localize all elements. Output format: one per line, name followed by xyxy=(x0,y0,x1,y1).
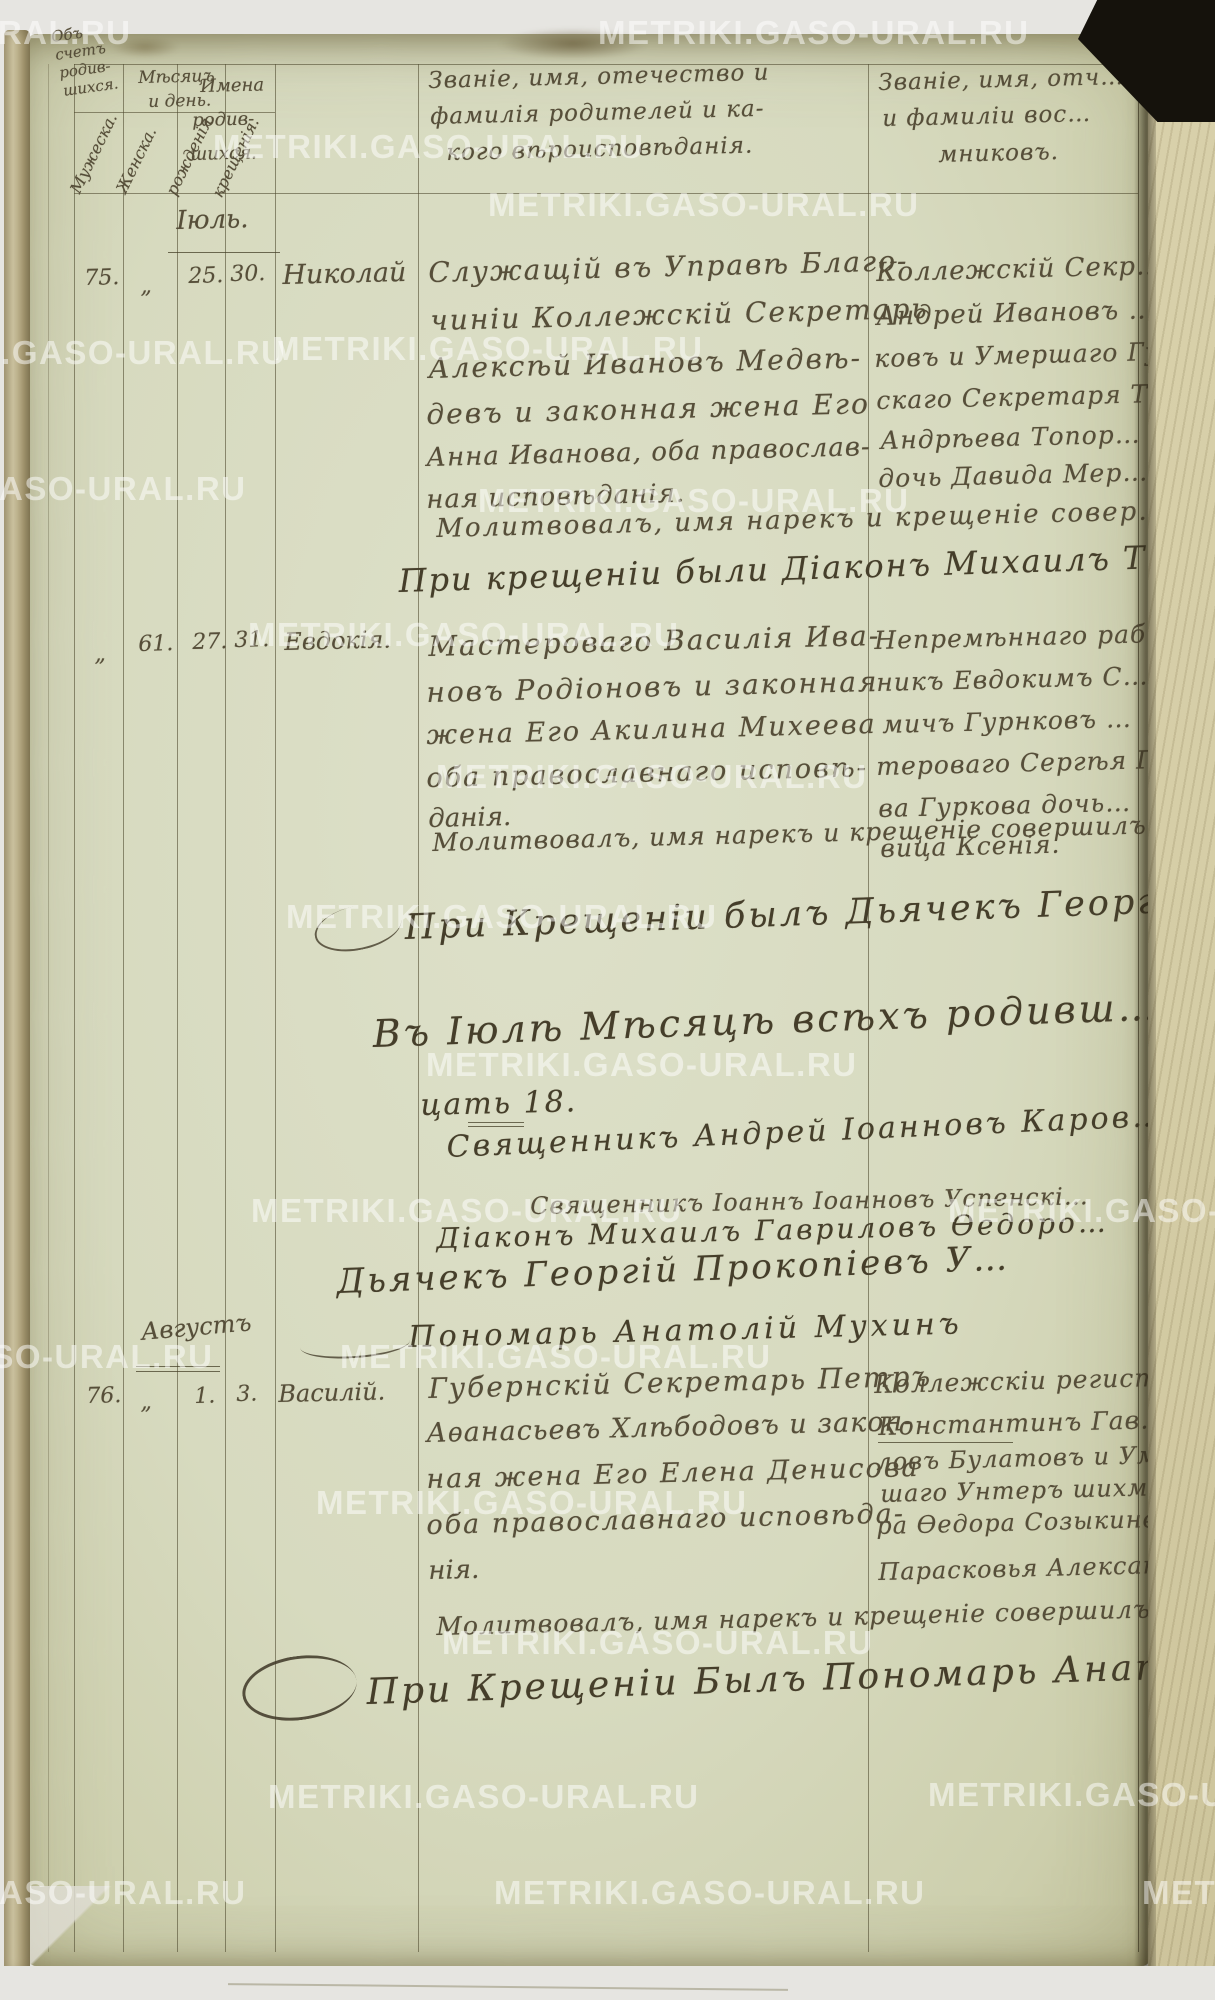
entry76-female-no: „ xyxy=(140,1390,152,1415)
ink-stain-top-left xyxy=(110,36,180,58)
table-background-bottom xyxy=(0,1966,1215,2000)
entry61-born-day: 27. xyxy=(192,629,228,655)
header-name-line-1: Имена xyxy=(200,74,264,97)
margin-rule xyxy=(48,64,49,1952)
ink-stain-top xyxy=(498,28,648,60)
entry61-male-no: „ xyxy=(94,642,106,667)
entry61-godparents-line-3: мичъ Гурнковъ … xyxy=(882,704,1132,739)
adjacent-page-texture xyxy=(1148,0,1215,2000)
entry76-baptized-day: 3. xyxy=(236,1381,258,1407)
entry61-baptized-day: 31. xyxy=(234,627,270,653)
entry61-female-no: 61. xyxy=(138,631,174,657)
metric-book-scan: Объ счетъ родив- шихся. Мѣсяцъ и день. М… xyxy=(0,0,1215,2000)
konstantin-underline xyxy=(878,1442,1013,1443)
header-name-line-2: родив- xyxy=(192,108,254,131)
entry75-name: Николай xyxy=(282,257,407,291)
column-rule-3 xyxy=(177,64,178,1952)
entry75-female-no: „ xyxy=(140,274,152,299)
page-corner-curl xyxy=(28,1886,148,1966)
header-godparents-line-3: мниковъ. xyxy=(938,139,1059,168)
column-rule-6 xyxy=(418,64,419,1952)
entry75-male-no: 75. xyxy=(84,265,120,291)
entry76-parents-line-5: нія. xyxy=(428,1555,480,1586)
header-bottom-rule xyxy=(74,193,1138,194)
month-label-july: Іюль. xyxy=(176,204,249,236)
column-rule-4 xyxy=(225,64,226,1952)
total-underline-1 xyxy=(468,1122,524,1123)
entry76-name: Василій. xyxy=(278,1377,386,1408)
entry61-name: Евдокія. xyxy=(284,625,391,656)
header-name-line-3: шихся. xyxy=(190,142,257,165)
header-godparents-line-2: и фамиліи вос… xyxy=(882,101,1092,132)
adjacent-page-edge xyxy=(1148,0,1215,2000)
entry76-born-day: 1. xyxy=(194,1383,216,1409)
entry76-male-no: 76. xyxy=(86,1383,122,1409)
column-rule-1 xyxy=(74,64,75,1952)
july-underline xyxy=(168,252,280,253)
entry75-born-day: 25. xyxy=(188,263,224,289)
entry75-baptized-day: 30. xyxy=(230,261,266,287)
page-stack-edge xyxy=(4,30,30,1974)
summary-line-2: цать 18. xyxy=(420,1084,578,1123)
column-rule-2 xyxy=(123,64,124,1952)
binding-shadow xyxy=(1134,0,1156,2000)
august-underline-1 xyxy=(136,1366,220,1367)
august-underline-2 xyxy=(136,1371,220,1372)
